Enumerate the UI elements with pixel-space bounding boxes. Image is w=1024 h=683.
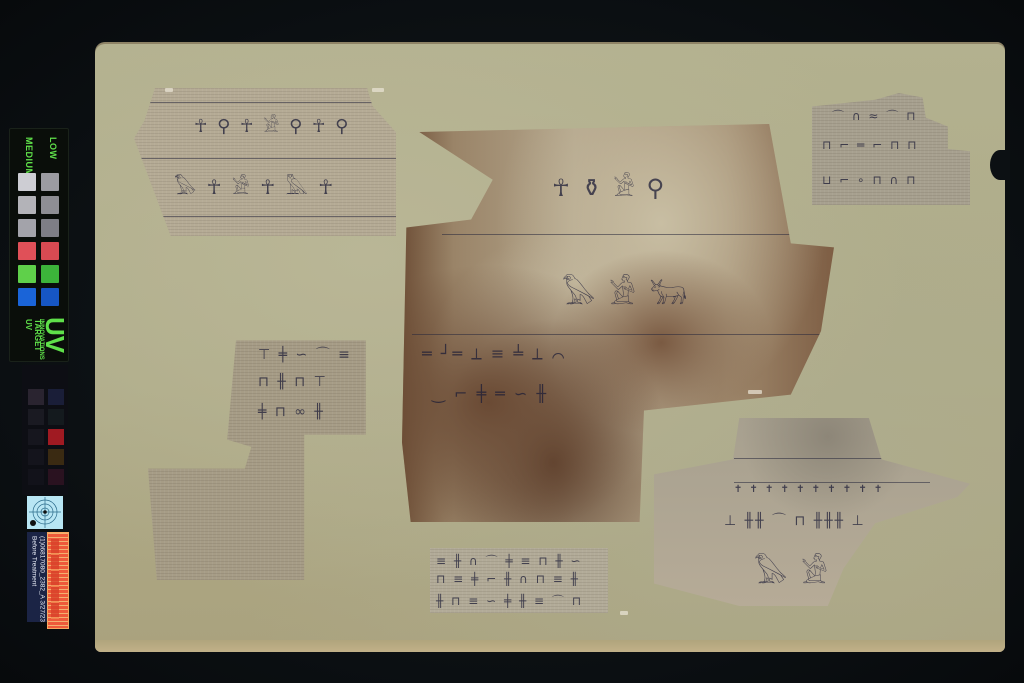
dark-swatch xyxy=(48,409,64,425)
dark-swatch xyxy=(48,389,64,405)
fragment-glyphs: ⊥ ╫╫ ⌒ ⊓ ╫╫╫ ⊥ xyxy=(724,510,866,530)
fragment-glyphs: ☥ ⚲ ☥ 𓀀 ⚲ ☥ ⚲ xyxy=(194,108,350,138)
adhesive-residue xyxy=(372,88,384,92)
fragment-glyphs: ⊤ ╪ ∽ ⌒ ≡ xyxy=(258,344,352,364)
dark-swatch xyxy=(28,449,44,465)
dark-swatch-panel xyxy=(22,365,68,495)
adhesive-residue xyxy=(165,88,173,92)
fragment-glyphs: ⌒ ∩ ≈ ⌒ ⊓ xyxy=(832,107,917,124)
swatch-low-red xyxy=(41,242,59,260)
dark-swatch xyxy=(48,429,64,445)
fragment-glyphs: ╪ ⊓ ∞ ╫ xyxy=(258,404,325,420)
papyrus-fragment-top-left: ☥ ⚲ ☥ 𓀀 ⚲ ☥ ⚲ 𓅃 ☥ 𓀀 ☥ 𓅓 ☥ xyxy=(134,88,396,236)
dark-swatch xyxy=(28,429,44,445)
fragment-glyphs: ╫ ⊓ ≡ ∽ ╪ ╫ ≡ ⌒ ⊓ xyxy=(436,592,583,609)
dark-swatch xyxy=(48,449,64,465)
fragment-glyphs: ⊓ ⌐ ═ ⌐ ⊓ ⊓ xyxy=(822,138,919,152)
swatch-low-blue xyxy=(41,288,59,306)
swatch-medium-2 xyxy=(18,196,36,214)
treatment-status: Before Treatment xyxy=(30,536,37,586)
swatch-medium-green xyxy=(18,265,36,283)
swatch-medium-1 xyxy=(18,173,36,191)
papyrus-fragment-bottom-center: ≡ ╫ ∩ ⌒ ╪ ≡ ⊓ ╫ ∽ ⊓ ≡ ╪ ⌐ ╫ ∩ ⊓ ≡ ╫ ╫ ⊓ … xyxy=(430,548,608,613)
swatch-medium-red xyxy=(18,242,36,260)
fragment-glyphs: 𓅃 ☥ 𓀀 ☥ 𓅓 ☥ xyxy=(174,168,335,201)
adhesive-residue xyxy=(620,611,628,615)
swatch-low-green xyxy=(41,265,59,283)
swatch-medium-blue xyxy=(18,288,36,306)
swatch-medium-3 xyxy=(18,219,36,237)
dark-swatch xyxy=(48,469,64,485)
swatch-low-3 xyxy=(41,219,59,237)
fragment-glyphs: ⊔ ⌐ ∘ ⊓ ∩ ⊓ xyxy=(822,173,918,187)
fragment-glyphs: ‿ ⌐ ╪ ═ ∽ ╫ xyxy=(432,384,548,403)
scale-ruler xyxy=(47,532,69,629)
board-edge xyxy=(95,640,1005,652)
focus-reticle xyxy=(27,496,63,529)
dark-swatch xyxy=(28,469,44,485)
uv-calibration-target: LOW MEDIUM UV INNOVATIONS TARGET UV xyxy=(9,128,69,362)
adhesive-residue xyxy=(748,390,762,394)
fragment-glyphs: ⊓ ╫ ⊓ ⊤ xyxy=(258,374,328,390)
dark-swatch xyxy=(28,409,44,425)
label-medium: MEDIUM xyxy=(24,137,34,177)
fragment-glyphs: ☥ ⚱ 𓀀 ⚲ xyxy=(552,164,666,204)
label-low: LOW xyxy=(48,137,58,160)
fragment-glyphs: ⊓ ≡ ╪ ⌐ ╫ ∩ ⊓ ≡ ╫ xyxy=(436,572,580,586)
brand-name: TARGET UV xyxy=(24,319,42,361)
reticle-dot xyxy=(30,520,36,526)
specimen-id-label: (1)06817080_2382_A 3/27/23 Before Treatm… xyxy=(27,532,47,622)
fragment-glyphs: 𓅃 𓀀 xyxy=(754,543,830,593)
dark-swatch xyxy=(28,389,44,405)
specimen-id: (1)06817080_2382_A 3/27/23 xyxy=(38,536,45,622)
fragment-glyphs: 𓅃 𓀀 𓃒 xyxy=(562,264,689,314)
fragment-glyphs: ✝ ✝ ✝ ✝ ✝ ✝ ✝ ✝ ✝ ✝ xyxy=(734,484,884,495)
fragment-glyphs: ≡ ╫ ∩ ⌒ ╪ ≡ ⊓ ╫ ∽ xyxy=(436,552,583,569)
fragment-glyphs: ═ ┘═ ⟂ ≡ ╧ ⟂ ⌒ xyxy=(422,344,566,364)
board-notch xyxy=(990,150,1010,180)
swatch-low-2 xyxy=(41,196,59,214)
swatch-low-1 xyxy=(41,173,59,191)
uv-logo: UV xyxy=(42,317,68,353)
